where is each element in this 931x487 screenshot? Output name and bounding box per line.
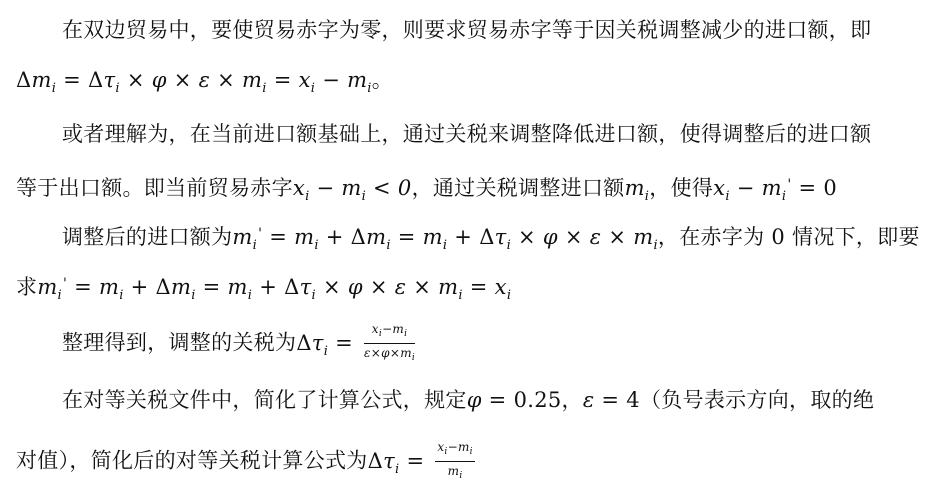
- paragraph-text: 调整后的进口额为: [62, 225, 232, 249]
- paragraph-text: （负号表示方向，取的绝: [640, 388, 874, 412]
- document-page: 在双边贸易中，要使贸易赤字为零，则要求贸易赤字等于因关税调整减少的进口额，即 Δ…: [0, 0, 931, 487]
- formula-deficit: xi − mi < 0: [293, 176, 412, 200]
- paragraph-2-line-2: 等于出口额。即当前贸易赤字xi − mi < 0，通过关税调整进口额mi，使得x…: [16, 171, 837, 211]
- formula-simplified-tariff: Δτi =: [368, 449, 432, 473]
- paragraph-text: 或者理解为，在当前进口额基础上，通过关税来调整降低进口额，使得调整后的进口额: [62, 122, 871, 146]
- formula-import: mi: [625, 176, 650, 200]
- paragraph-text: ，通过关税调整进口额: [412, 176, 625, 200]
- paragraph-text: 整理得到，调整的关税为: [62, 331, 296, 355]
- paragraph-4: 整理得到，调整的关税为Δτi = xi−miε×φ×mi: [62, 322, 415, 366]
- paragraph-text: ，在赤字为 0 情况下，即要: [658, 225, 920, 249]
- paragraph-text: 在对等关税文件中，简化了计算公式，规定: [62, 388, 467, 412]
- fraction-tariff: xi−miε×φ×mi: [364, 322, 415, 366]
- paragraph-text: 求: [16, 275, 37, 299]
- paragraph-1-formula: Δmi = Δτi × φ × ε × mi = xi − mi。: [16, 66, 393, 103]
- paragraph-2-line-1: 或者理解为，在当前进口额基础上，通过关税来调整降低进口额，使得调整后的进口额: [62, 120, 871, 148]
- formula-balance: xi − mi' = 0: [713, 176, 837, 200]
- paragraph-5-line-1: 在对等关税文件中，简化了计算公式，规定φ = 0.25，ε = 4（负号表示方向…: [62, 386, 874, 414]
- paragraph-5-line-2: 对值），简化后的对等关税计算公式为Δτi = xi−mimi: [16, 440, 475, 484]
- formula-adjusted-import: mi' = mi + Δmi = mi + Δτi × φ × ε × mi: [232, 225, 658, 249]
- paragraph-1-line-1: 在双边贸易中，要使贸易赤字为零，则要求贸易赤字等于因关税调整减少的进口额，即: [62, 16, 871, 44]
- paragraph-text: ，使得: [649, 176, 713, 200]
- fraction-simplified: xi−mimi: [435, 440, 475, 484]
- paragraph-text: 等于出口额。即当前贸易赤字: [16, 176, 293, 200]
- paragraph-text: 对值），简化后的对等关税计算公式为: [16, 449, 368, 473]
- separator: ，: [562, 388, 583, 412]
- formula-tariff: Δτi =: [296, 331, 360, 355]
- paragraph-3-line-2: 求mi' = mi + Δmi = mi + Δτi × φ × ε × mi …: [16, 270, 511, 310]
- formula-phi: φ = 0.25: [467, 388, 562, 412]
- formula-epsilon: ε = 4: [583, 388, 640, 412]
- formula-zero-deficit: mi' = mi + Δmi = mi + Δτi × φ × ε × mi =…: [37, 275, 511, 299]
- paragraph-text: 在双边贸易中，要使贸易赤字为零，则要求贸易赤字等于因关税调整减少的进口额，即: [62, 18, 871, 42]
- paragraph-3-line-1: 调整后的进口额为mi' = mi + Δmi = mi + Δτi × φ × …: [62, 220, 920, 260]
